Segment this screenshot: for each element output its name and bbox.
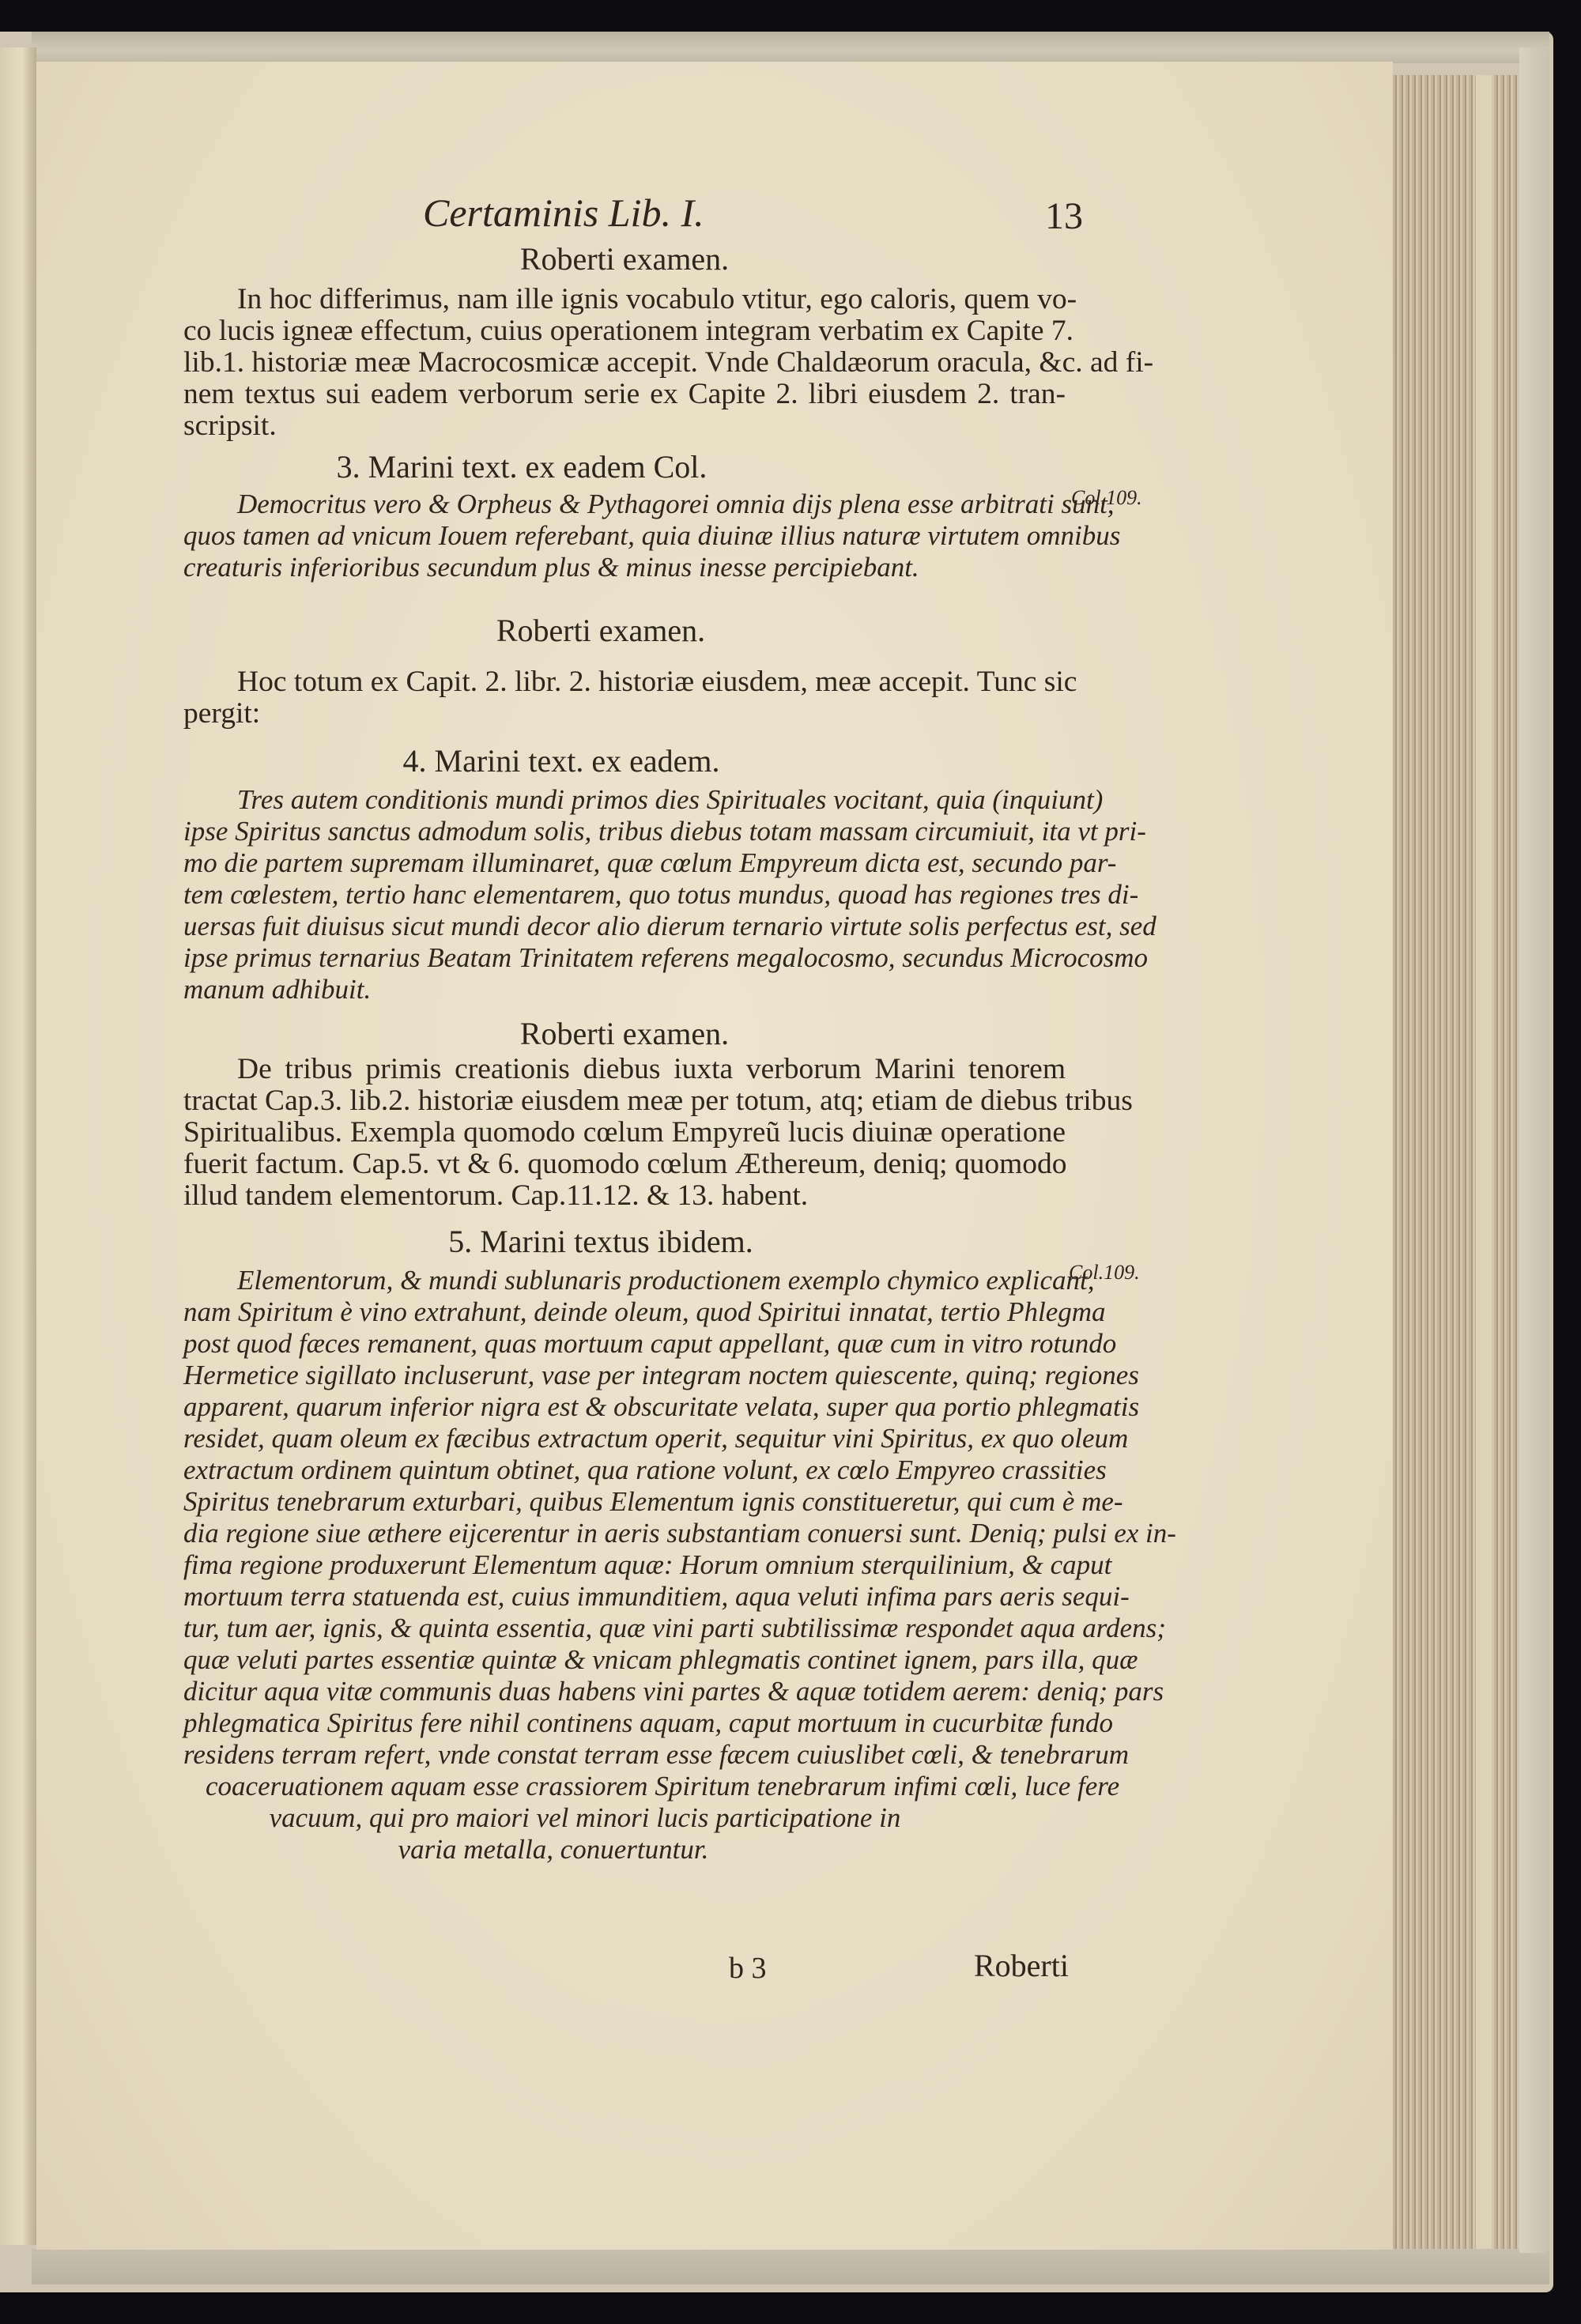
text-line: nam Spiritum è vino extrahunt, deinde ol… bbox=[183, 1296, 1066, 1328]
text-line: tur, tum aer, ignis, & quinta essentia, … bbox=[183, 1613, 1066, 1644]
book-top-edge bbox=[32, 32, 1549, 63]
section-heading: 3. Marini text. ex eadem Col. bbox=[183, 449, 1066, 485]
section-marini-textus-5: 5. Marini textus ibidem. Elementorum, & … bbox=[183, 1224, 1066, 1866]
section-heading: Roberti examen. bbox=[183, 613, 1066, 649]
page-edges bbox=[1393, 75, 1519, 2249]
paragraph: In hoc differimus, nam ille ignis vocabu… bbox=[183, 284, 1066, 442]
text-line: vacuum, qui pro maiori vel minori lucis … bbox=[183, 1802, 1066, 1834]
text-line: coaceruationem aquam esse crassiorem Spi… bbox=[183, 1771, 1066, 1802]
text-line: nem textus sui eadem verborum serie ex C… bbox=[183, 379, 1066, 410]
margin-note: Col.109. bbox=[1071, 486, 1142, 510]
text-line: pergit: bbox=[183, 698, 1066, 730]
text-line: Democritus vero & Orpheus & Pythagorei o… bbox=[183, 489, 1066, 520]
catchword: Roberti bbox=[974, 1947, 1069, 1984]
text-line: Tres autem conditionis mundi primos dies… bbox=[183, 784, 1066, 816]
paragraph: Democritus vero & Orpheus & Pythagorei o… bbox=[183, 489, 1066, 583]
text-line: Hermetice sigillato incluserunt, vase pe… bbox=[183, 1360, 1066, 1391]
text-line: mo die partem supremam illuminaret, quæ … bbox=[183, 847, 1066, 879]
text-line: dicitur aqua vitæ communis duas habens v… bbox=[183, 1676, 1066, 1707]
paragraph: Hoc totum ex Capit. 2. libr. 2. historiæ… bbox=[183, 666, 1066, 730]
text-line: fima regione produxerunt Elementum aquæ:… bbox=[183, 1549, 1066, 1581]
text-line: scripsit. bbox=[183, 410, 1066, 442]
text-line: Spiritus tenebrarum exturbari, quibus El… bbox=[183, 1486, 1066, 1518]
text-line: ipse primus ternarius Beatam Trinitatem … bbox=[183, 942, 1066, 974]
text-line: lib.1. historiæ meæ Macrocosmicæ accepit… bbox=[183, 347, 1066, 379]
text-line: co lucis igneæ effectum, cuius operation… bbox=[183, 315, 1066, 347]
text-line: phlegmatica Spiritus fere nihil continen… bbox=[183, 1707, 1066, 1739]
text-line: De tribus primis creationis diebus iuxta… bbox=[183, 1054, 1066, 1085]
section-marini-text-4: 4. Marini text. ex eadem. Tres autem con… bbox=[183, 743, 1066, 1005]
section-heading: 4. Marini text. ex eadem. bbox=[183, 743, 1066, 779]
section-roberti-examen-1: Roberti examen. In hoc differimus, nam i… bbox=[183, 241, 1066, 442]
text-line: tem cœlestem, tertio hanc elementarem, q… bbox=[183, 879, 1066, 911]
paragraph: Elementorum, & mundi sublunaris producti… bbox=[183, 1265, 1066, 1866]
facing-page-strip bbox=[0, 47, 36, 2245]
text-line: mortuum terra statuenda est, cuius immun… bbox=[183, 1581, 1066, 1613]
section-heading: 5. Marini textus ibidem. bbox=[183, 1224, 1066, 1260]
text-line: uersas fuit diuisus sicut mundi decor al… bbox=[183, 911, 1066, 942]
text-line: Elementorum, & mundi sublunaris producti… bbox=[183, 1265, 1066, 1296]
text-line: Hoc totum ex Capit. 2. libr. 2. historiæ… bbox=[183, 666, 1066, 698]
text-line: quæ veluti partes essentiæ quintæ & vnic… bbox=[183, 1644, 1066, 1676]
text-line: residet, quam oleum ex fæcibus extractum… bbox=[183, 1423, 1066, 1454]
text-line: manum adhibuit. bbox=[183, 974, 1066, 1005]
text-line: varia metalla, conuertuntur. bbox=[183, 1834, 1066, 1866]
text-line: illud tandem elementorum. Cap.11.12. & 1… bbox=[183, 1180, 1066, 1212]
text-line: post quod fæces remanent, quas mortuum c… bbox=[183, 1328, 1066, 1360]
paragraph: De tribus primis creationis diebus iuxta… bbox=[183, 1054, 1066, 1212]
signature-mark: b 3 bbox=[729, 1951, 767, 1986]
text-line: Spiritualibus. Exempla quomodo cœlum Emp… bbox=[183, 1117, 1066, 1149]
text-line: In hoc differimus, nam ille ignis vocabu… bbox=[183, 284, 1066, 315]
section-roberti-examen-3: Roberti examen. De tribus primis creatio… bbox=[183, 1016, 1066, 1212]
section-heading: Roberti examen. bbox=[183, 241, 1066, 277]
text-line: fuerit factum. Cap.5. vt & 6. quomodo cœ… bbox=[183, 1149, 1066, 1180]
section-roberti-examen-2: Roberti examen. Hoc totum ex Capit. 2. l… bbox=[183, 613, 1066, 730]
page-edge-highlight bbox=[1476, 75, 1492, 2249]
text-line: residens terram refert, vnde constat ter… bbox=[183, 1739, 1066, 1771]
text-line: quos tamen ad vnicum Iouem referebant, q… bbox=[183, 520, 1066, 552]
section-marini-text-3: 3. Marini text. ex eadem Col. Democritus… bbox=[183, 449, 1066, 583]
text-line: extractum ordinem quintum obtinet, qua r… bbox=[183, 1454, 1066, 1486]
book-cover-edge bbox=[1519, 47, 1549, 2253]
book-bottom-edge bbox=[32, 2249, 1549, 2284]
paragraph: Tres autem conditionis mundi primos dies… bbox=[183, 784, 1066, 1005]
text-line: tractat Cap.3. lib.2. historiæ eiusdem m… bbox=[183, 1085, 1066, 1117]
text-line: apparent, quarum inferior nigra est & ob… bbox=[183, 1391, 1066, 1423]
running-head-title: Certaminis Lib. I. bbox=[423, 190, 704, 236]
page-number: 13 bbox=[1045, 194, 1083, 238]
text-line: creaturis inferioribus secundum plus & m… bbox=[183, 552, 1066, 583]
section-heading: Roberti examen. bbox=[183, 1016, 1066, 1052]
text-line: dia regione siue æthere eijcerentur in a… bbox=[183, 1518, 1066, 1549]
margin-note: Col.109. bbox=[1069, 1261, 1140, 1285]
text-line: ipse Spiritus sanctus admodum solis, tri… bbox=[183, 816, 1066, 847]
